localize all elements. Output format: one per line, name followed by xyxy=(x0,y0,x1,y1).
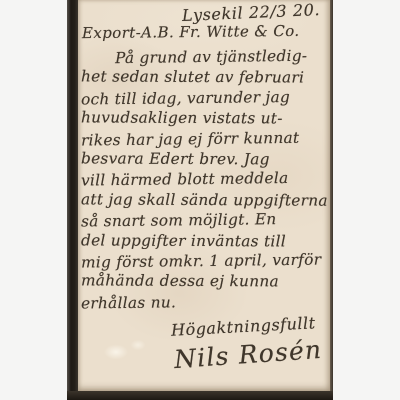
scan-edge-right xyxy=(330,0,333,394)
letter-line: het sedan slutet av februari xyxy=(81,67,329,89)
letter-line: erhållas nu. xyxy=(81,290,329,313)
letter-line: mig först omkr. 1 april, varför xyxy=(81,249,329,272)
letter-signature: Nils Rosén xyxy=(173,335,323,374)
letter-line: rikes har jag ej förr kunnat xyxy=(81,127,329,150)
letter-body: På grund av tjänstledig- het sedan slute… xyxy=(81,47,329,312)
letter-line: På grund av tjänstledig- xyxy=(81,45,329,68)
scan-edge-bottom xyxy=(67,391,333,400)
letter-line: så snart som möjligt. En xyxy=(81,209,329,232)
letter-scan: Lysekil 22/3 20. Export-A.B. Fr. Witte &… xyxy=(0,0,400,400)
letter-line: att jag skall sända uppgifterna xyxy=(81,189,329,211)
letter-line: vill härmed blott meddela xyxy=(81,168,329,191)
letter-line: huvudsakligen vistats ut- xyxy=(81,108,329,130)
letter-line: del uppgifter inväntas till xyxy=(81,230,329,252)
letter-line: måhända dessa ej kunna xyxy=(81,271,329,293)
letter-paper: Lysekil 22/3 20. Export-A.B. Fr. Witte &… xyxy=(78,0,330,391)
letter-recipient: Export-A.B. Fr. Witte & Co. xyxy=(82,22,300,42)
letter-line: och till idag, varunder jag xyxy=(81,86,329,109)
scan-edge-left xyxy=(67,0,78,400)
letter-line: besvara Edert brev. Jag xyxy=(81,148,329,170)
